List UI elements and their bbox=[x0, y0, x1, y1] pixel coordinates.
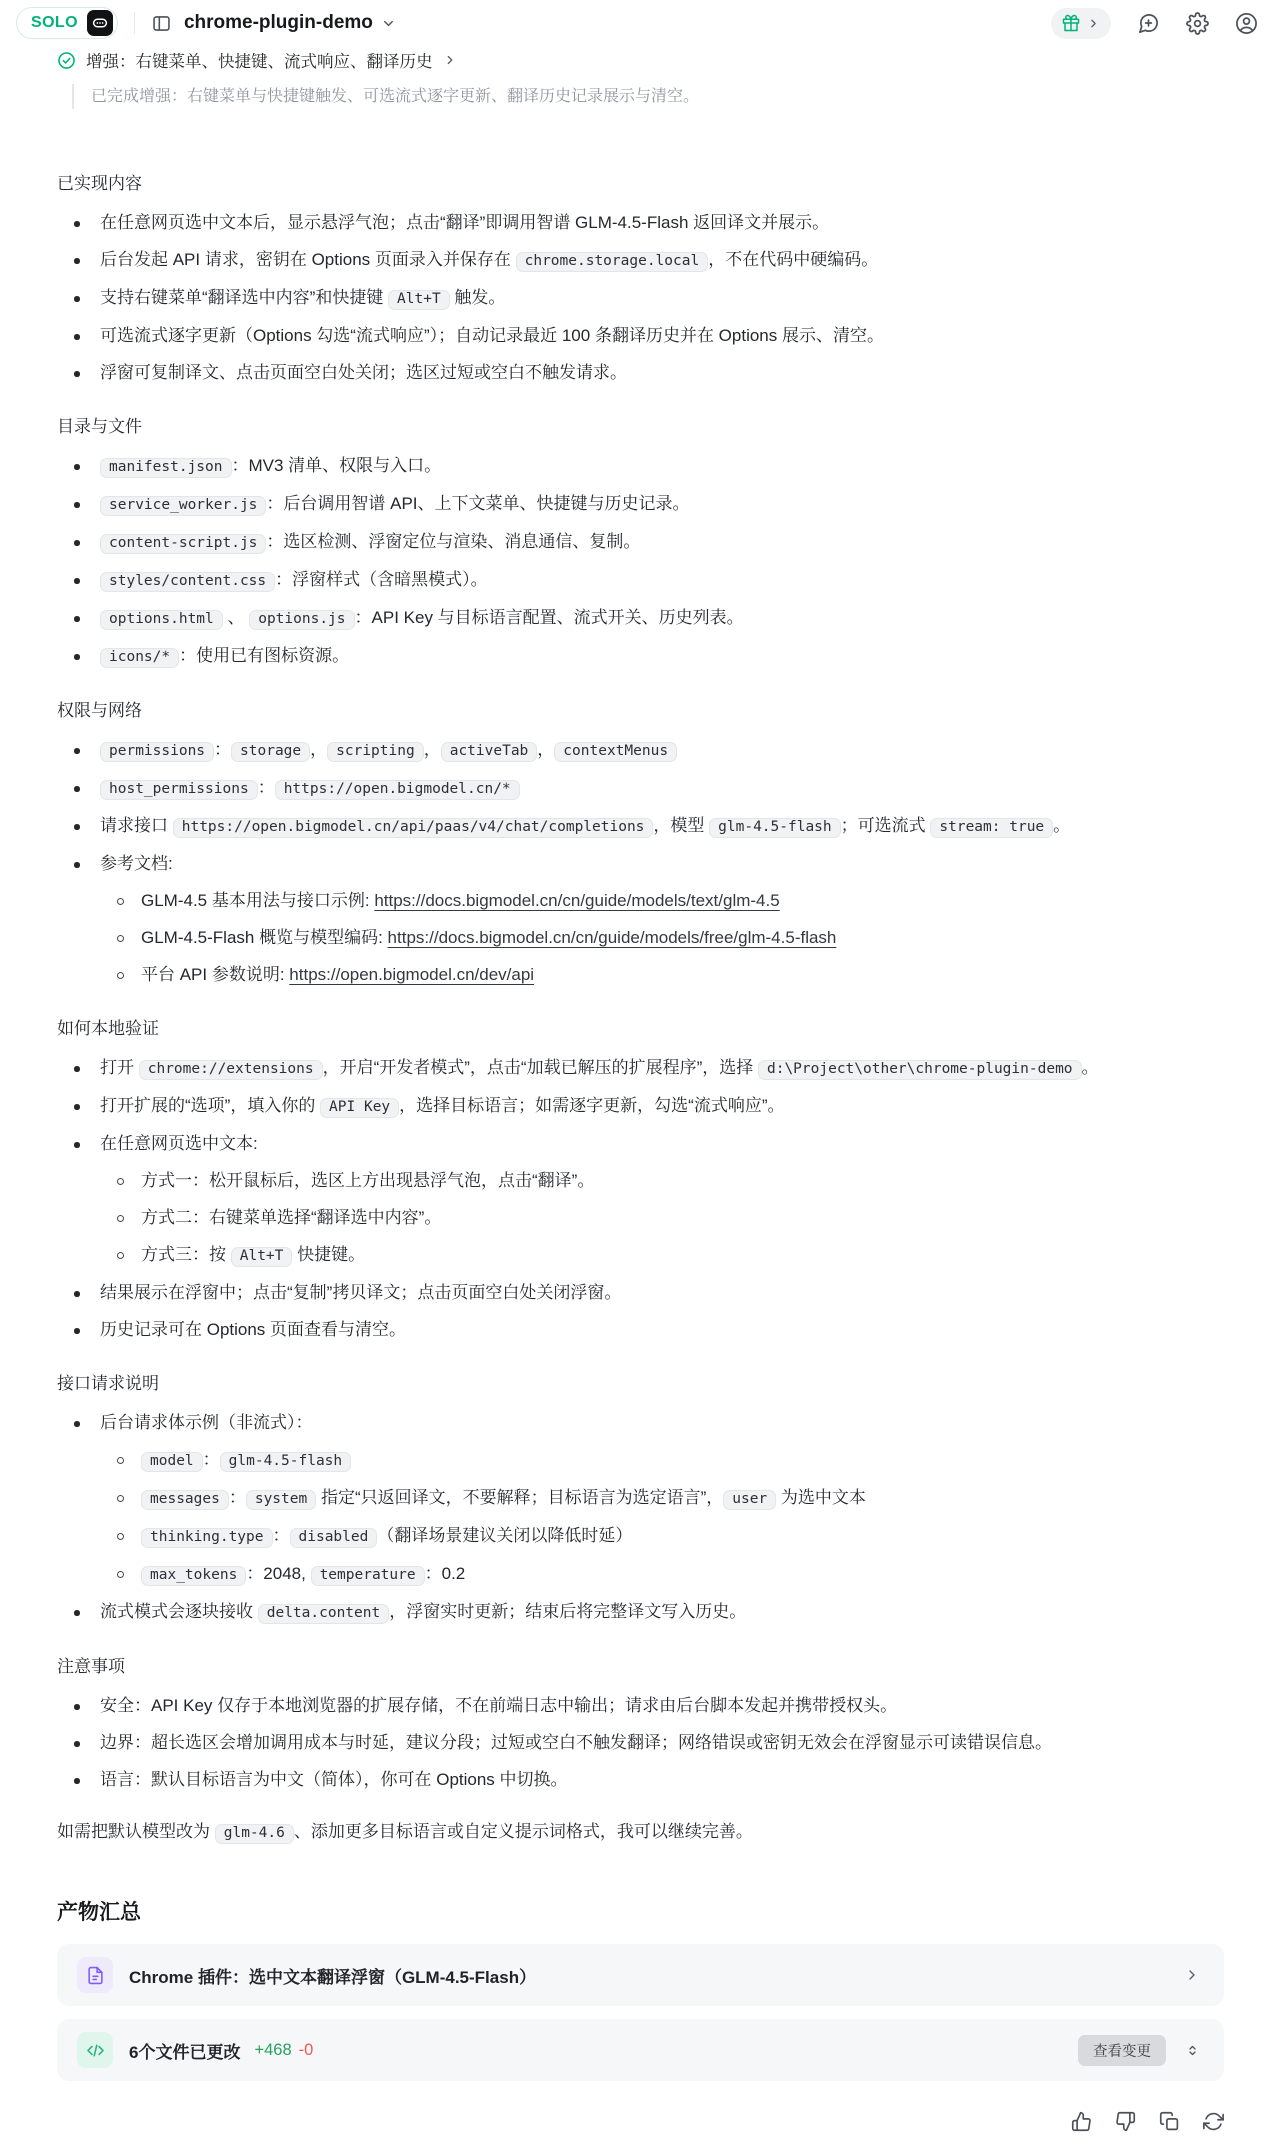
inline-code: temperature bbox=[311, 1566, 425, 1586]
bullet-item: icons/*：使用已有图标资源。 bbox=[57, 643, 1224, 670]
bullet-item: model：glm-4.5-flash bbox=[57, 1447, 1224, 1474]
bullet-item: 方式一：松开鼠标后，选区上方出现悬浮气泡，点击“翻译”。 bbox=[57, 1168, 1224, 1194]
inline-code: messages bbox=[141, 1490, 229, 1510]
inline-code: scripting bbox=[327, 742, 424, 762]
bullet-item: styles/content.css：浮窗样式（含暗黑模式）。 bbox=[57, 567, 1224, 594]
chevron-down-icon bbox=[381, 16, 396, 31]
inline-code: disabled bbox=[290, 1528, 378, 1548]
inline-code: user bbox=[723, 1490, 776, 1510]
section-heading: 权限与网络 bbox=[57, 698, 1224, 724]
code-icon bbox=[77, 2032, 113, 2068]
document-icon bbox=[77, 1957, 113, 1993]
section-heading: 目录与文件 bbox=[57, 414, 1224, 440]
bullet-item: 边界：超长选区会增加调用成本与时延，建议分段；过短或空白不触发翻译；网络错误或密… bbox=[57, 1730, 1224, 1756]
gear-icon[interactable] bbox=[1186, 12, 1209, 35]
markdown-sections: 已实现内容在任意网页选中文本后，显示悬浮气泡；点击“翻译”即调用智谱 GLM-4… bbox=[57, 171, 1224, 1793]
thumbs-up-icon[interactable] bbox=[1071, 2111, 1092, 2132]
bullet-item: 平台 API 参数说明: https://open.bigmodel.cn/de… bbox=[57, 962, 1224, 988]
bullet-item: 流式模式会逐块接收 delta.content，浮窗实时更新；结束后将完整译文写… bbox=[57, 1599, 1224, 1626]
task-status-row[interactable]: 增强：右键菜单、快捷键、流式响应、翻译历史 bbox=[57, 48, 1224, 72]
inline-code: content-script.js bbox=[100, 534, 266, 554]
doc-link[interactable]: https://docs.bigmodel.cn/cn/guide/models… bbox=[374, 891, 779, 910]
view-changes-button[interactable]: 查看变更 bbox=[1078, 2035, 1166, 2066]
chevron-right-icon bbox=[1087, 17, 1100, 30]
bullet-item: 在任意网页选中文本: bbox=[57, 1131, 1224, 1157]
inline-code: contextMenus bbox=[554, 742, 677, 762]
bullet-item: 打开扩展的“选项”，填入你的 API Key，选择目标语言；如需逐字更新，勾选“… bbox=[57, 1093, 1224, 1120]
inline-code: service_worker.js bbox=[100, 496, 266, 516]
message-actions bbox=[57, 2111, 1224, 2132]
inline-code: stream: true bbox=[930, 818, 1053, 838]
chat-content: 增强：右键菜单、快捷键、流式响应、翻译历史 已完成增强：右键菜单与快捷键触发、可… bbox=[0, 48, 1284, 2132]
bullet-item: 支持右键菜单“翻译选中内容”和快捷键 Alt+T 触发。 bbox=[57, 285, 1224, 312]
bullet-item: max_tokens：2048, temperature：0.2 bbox=[57, 1561, 1224, 1588]
inline-code: https://open.bigmodel.cn/api/paas/v4/cha… bbox=[173, 818, 654, 838]
account-icon[interactable] bbox=[1235, 12, 1258, 35]
task-title: 增强：右键菜单、快捷键、流式响应、翻译历史 bbox=[86, 48, 433, 72]
solo-badge-icon bbox=[87, 10, 113, 36]
bullet-item: 浮窗可复制译文、点击页面空白处关闭；选区过短或空白不触发请求。 bbox=[57, 360, 1224, 386]
inline-code: options.html bbox=[100, 610, 223, 630]
inline-code: glm-4.6 bbox=[215, 1824, 294, 1844]
doc-link[interactable]: https://open.bigmodel.cn/dev/api bbox=[289, 965, 534, 984]
summary-heading: 产物汇总 bbox=[57, 1896, 1224, 1926]
inline-code: icons/* bbox=[100, 648, 179, 668]
inline-code: d:\Project\other\chrome-plugin-demo bbox=[758, 1060, 1082, 1080]
inline-code: permissions bbox=[100, 742, 214, 762]
artifact-title: Chrome 插件：选中文本翻译浮窗（GLM-4.5-Flash） bbox=[129, 1963, 536, 1988]
task-note: 已完成增强：右键菜单与快捷键触发、可选流式逐字更新、翻译历史记录展示与清空。 bbox=[72, 84, 1224, 109]
refresh-icon[interactable] bbox=[1203, 2111, 1224, 2132]
bullet-item: 语言：默认目标语言为中文（简体），你可在 Options 中切换。 bbox=[57, 1767, 1224, 1793]
bullet-item: 后台请求体示例（非流式）： bbox=[57, 1410, 1224, 1436]
bullet-item: 结果展示在浮窗中；点击“复制”拷贝译文；点击页面空白处关闭浮窗。 bbox=[57, 1280, 1224, 1306]
rewards-pill[interactable] bbox=[1051, 8, 1111, 39]
bullet-item: 后台发起 API 请求，密钥在 Options 页面录入并保存在 chrome.… bbox=[57, 247, 1224, 274]
check-circle-icon bbox=[57, 51, 76, 70]
inline-code: styles/content.css bbox=[100, 572, 275, 592]
inline-code: host_permissions bbox=[100, 780, 258, 800]
inline-code: thinking.type bbox=[141, 1528, 273, 1548]
top-bar: SOLO chrome-plugin-demo bbox=[0, 0, 1284, 46]
bullet-item: 安全：API Key 仅存于本地浏览器的扩展存储，不在前端日志中输出；请求由后台… bbox=[57, 1693, 1224, 1719]
changes-title: 6个文件已更改 bbox=[129, 2038, 240, 2063]
project-switcher[interactable]: chrome-plugin-demo bbox=[184, 12, 396, 34]
bullet-item: content-script.js：选区检测、浮窗定位与渲染、消息通信、复制。 bbox=[57, 529, 1224, 556]
bullet-item: manifest.json：MV3 清单、权限与入口。 bbox=[57, 453, 1224, 480]
bullet-item: service_worker.js：后台调用智谱 API、上下文菜单、快捷键与历… bbox=[57, 491, 1224, 518]
doc-link[interactable]: https://docs.bigmodel.cn/cn/guide/models… bbox=[388, 928, 837, 947]
solo-logo[interactable]: SOLO bbox=[16, 7, 118, 39]
bullet-item: 方式三：按 Alt+T 快捷键。 bbox=[57, 1242, 1224, 1269]
section-heading: 注意事项 bbox=[57, 1654, 1224, 1680]
inline-code: https://open.bigmodel.cn/* bbox=[275, 780, 520, 800]
project-title: chrome-plugin-demo bbox=[184, 12, 373, 34]
inline-code: model bbox=[141, 1452, 203, 1472]
bullet-item: GLM-4.5 基本用法与接口示例: https://docs.bigmodel… bbox=[57, 888, 1224, 914]
header-divider bbox=[134, 12, 135, 34]
inline-code: max_tokens bbox=[141, 1566, 246, 1586]
deletions-count: -0 bbox=[299, 2041, 314, 2060]
inline-code: glm-4.5-flash bbox=[220, 1452, 352, 1472]
inline-code: Alt+T bbox=[231, 1247, 293, 1267]
bullet-item: 历史记录可在 Options 页面查看与清空。 bbox=[57, 1317, 1224, 1343]
bullet-item: 参考文档: bbox=[57, 851, 1224, 877]
changes-card[interactable]: 6个文件已更改 +468 -0 查看变更 bbox=[57, 2019, 1224, 2081]
thumbs-down-icon[interactable] bbox=[1115, 2111, 1136, 2132]
inline-code: API Key bbox=[320, 1098, 399, 1118]
inline-code: system bbox=[246, 1490, 316, 1510]
bullet-item: 可选流式逐字更新（Options 勾选“流式响应”）；自动记录最近 100 条翻… bbox=[57, 323, 1224, 349]
inline-code: options.js bbox=[249, 610, 354, 630]
bullet-item: permissions：storage，scripting，activeTab，… bbox=[57, 737, 1224, 764]
bullet-item: thinking.type：disabled（翻译场景建议关闭以降低时延） bbox=[57, 1523, 1224, 1550]
inline-code: activeTab bbox=[441, 742, 538, 762]
bullet-item: 打开 chrome://extensions，开启“开发者模式”，点击“加载已解… bbox=[57, 1055, 1224, 1082]
bullet-item: options.html 、 options.js：API Key 与目标语言配… bbox=[57, 605, 1224, 632]
inline-code: manifest.json bbox=[100, 458, 232, 478]
bullet-item: messages：system 指定“只返回译文，不要解释；目标语言为选定语言”… bbox=[57, 1485, 1224, 1512]
bullet-item: 在任意网页选中文本后，显示悬浮气泡；点击“翻译”即调用智谱 GLM-4.5-Fl… bbox=[57, 210, 1224, 236]
additions-count: +468 bbox=[254, 2041, 291, 2060]
chevron-right-icon bbox=[443, 53, 457, 67]
section-heading: 已实现内容 bbox=[57, 171, 1224, 197]
inline-code: storage bbox=[231, 742, 310, 762]
bullet-item: host_permissions：https://open.bigmodel.c… bbox=[57, 775, 1224, 802]
inline-code: Alt+T bbox=[388, 290, 450, 310]
bullet-item: GLM-4.5-Flash 概览与模型编码: https://docs.bigm… bbox=[57, 925, 1224, 951]
closing-paragraph: 如需把默认模型改为 glm-4.6、添加更多目标语言或自定义提示词格式，我可以继… bbox=[57, 1819, 1224, 1846]
inline-code: glm-4.5-flash bbox=[709, 818, 841, 838]
section-heading: 接口请求说明 bbox=[57, 1371, 1224, 1397]
solo-logo-text: SOLO bbox=[31, 14, 78, 32]
copy-icon[interactable] bbox=[1159, 2111, 1180, 2132]
new-chat-icon[interactable] bbox=[1137, 12, 1160, 35]
bullet-item: 方式二：右键菜单选择“翻译选中内容”。 bbox=[57, 1205, 1224, 1231]
artifact-card[interactable]: Chrome 插件：选中文本翻译浮窗（GLM-4.5-Flash） bbox=[57, 1944, 1224, 2006]
sidebar-toggle-icon[interactable] bbox=[151, 13, 172, 34]
section-heading: 如何本地验证 bbox=[57, 1016, 1224, 1042]
bullet-item: 请求接口 https://open.bigmodel.cn/api/paas/v… bbox=[57, 813, 1224, 840]
inline-code: delta.content bbox=[258, 1604, 390, 1624]
inline-code: chrome://extensions bbox=[139, 1060, 323, 1080]
chevrons-up-down-icon[interactable] bbox=[1185, 2043, 1200, 2058]
chevron-right-icon bbox=[1184, 1967, 1200, 1983]
gift-icon bbox=[1062, 14, 1080, 32]
inline-code: chrome.storage.local bbox=[516, 252, 709, 272]
